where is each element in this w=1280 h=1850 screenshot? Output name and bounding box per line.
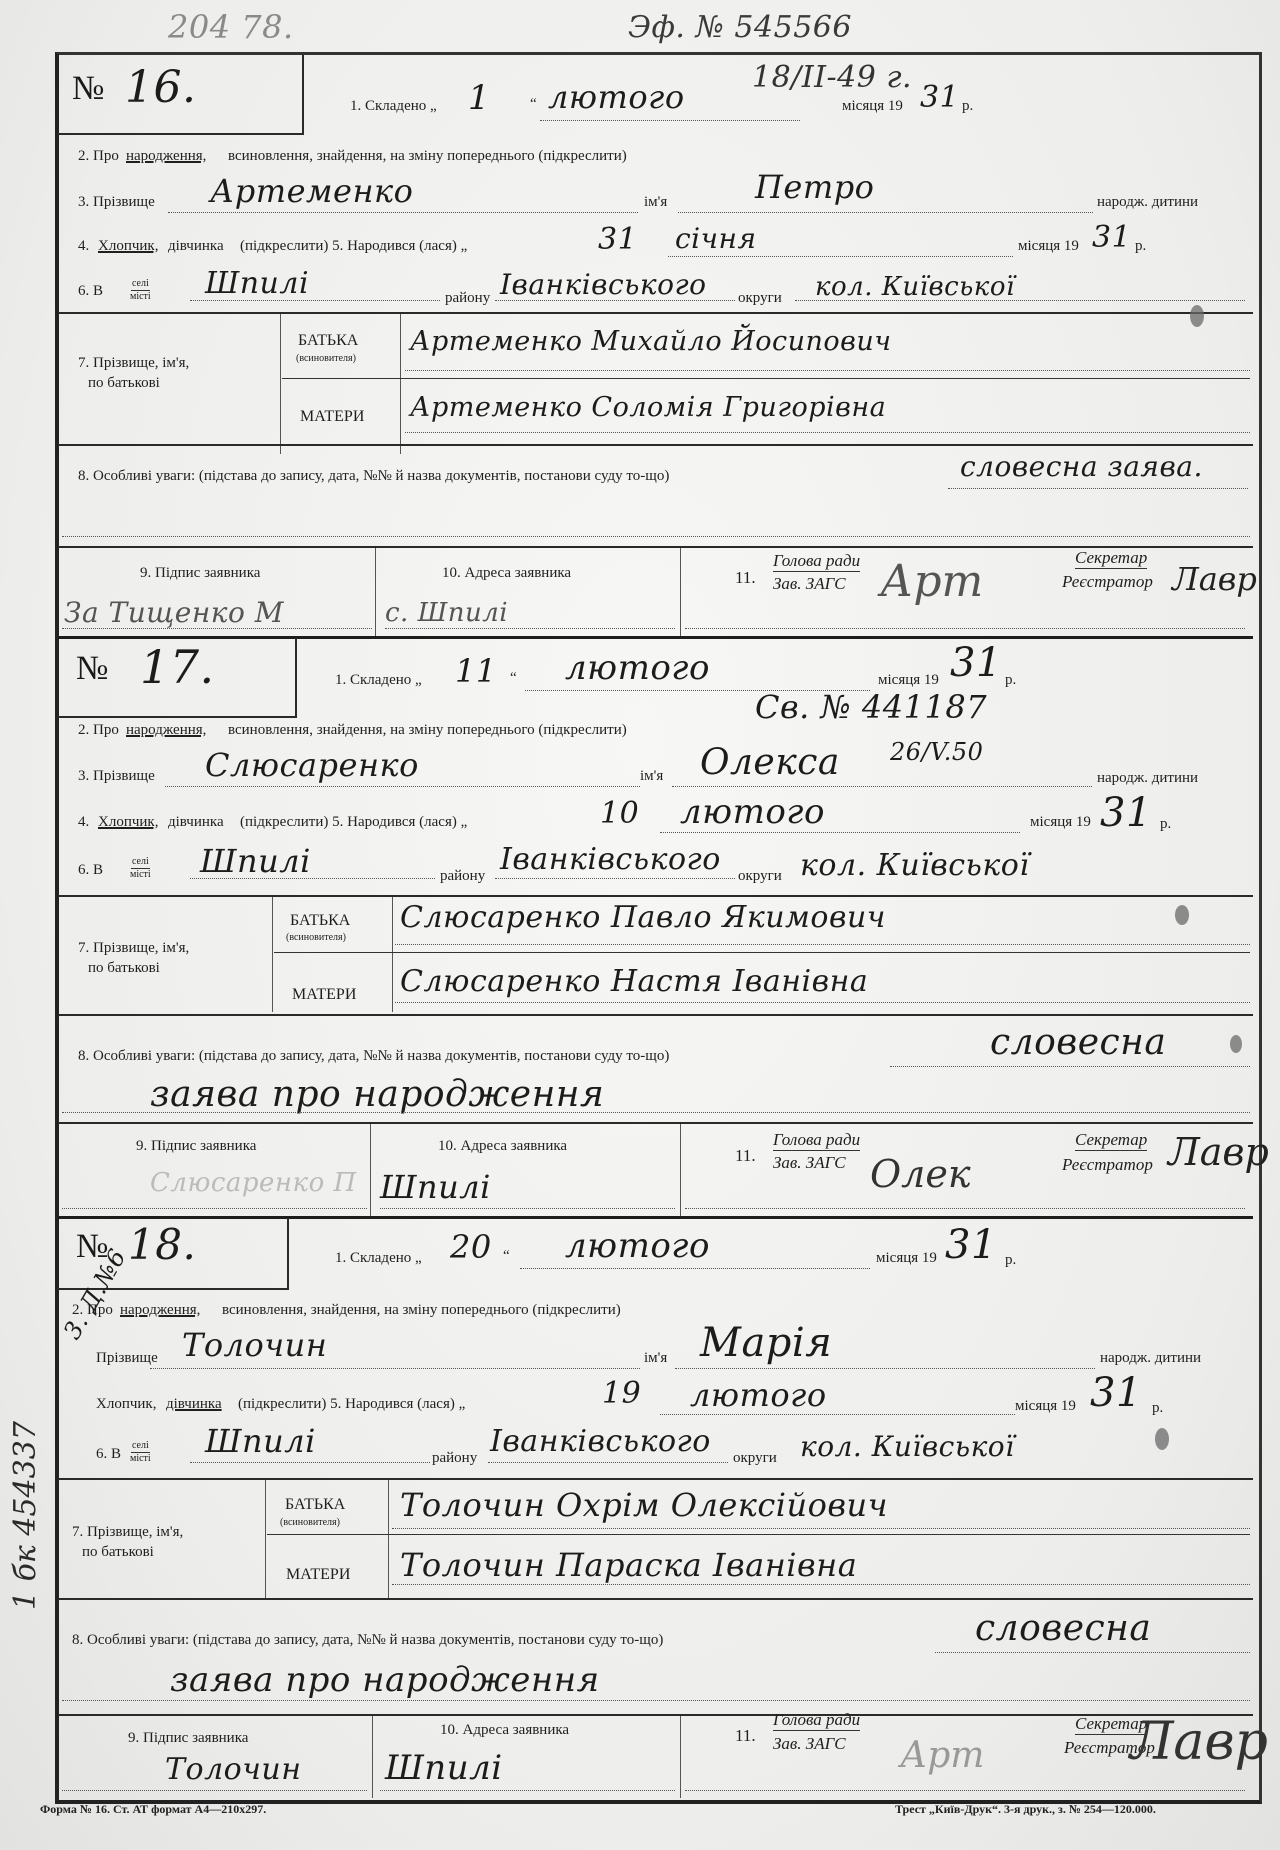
- year-suffix: р.: [1005, 1252, 1016, 1269]
- notes-line: [948, 488, 1248, 489]
- village-value: Шпилі: [200, 842, 311, 880]
- divider: [388, 1480, 389, 1600]
- registrar-signature: Лавр: [1172, 560, 1257, 598]
- compiled-month: лютого: [548, 78, 685, 116]
- applicant-address-label: 10. Адреса заявника: [438, 1138, 567, 1155]
- village-town-fraction: селі місті: [130, 1440, 151, 1465]
- father-line: [392, 1528, 1250, 1529]
- birth-option-underlined: народження,: [126, 722, 206, 739]
- divider: [58, 1714, 1253, 1716]
- parents-label: 7. Прізвище, ім'я,: [78, 355, 189, 372]
- gender-birth-label: (підкреслити) 5. Народився (лася) „: [240, 238, 467, 255]
- month-year-label: місяця 19: [876, 1250, 937, 1267]
- divider: [58, 895, 1253, 897]
- girl-option: дівчинка: [168, 238, 224, 255]
- father-label: БАТЬКА: [285, 1496, 345, 1514]
- surname-line: [168, 212, 638, 213]
- notes-value: словесна: [990, 1022, 1166, 1063]
- place-label: 6. В: [96, 1446, 121, 1463]
- village-value: Шпилі: [205, 266, 309, 301]
- divider: [375, 548, 376, 636]
- name-line: [672, 786, 1092, 787]
- divider: [392, 897, 393, 1012]
- divider: [274, 952, 1250, 953]
- head-zags-label: Зав. ЗАГС: [773, 1153, 846, 1173]
- side-date: 26/V.50: [890, 738, 983, 766]
- parents-label: 7. Прізвище, ім'я,: [78, 940, 189, 957]
- footer-form-code: Форма № 16. Ст. АТ формат А4—210х297.: [40, 1802, 266, 1817]
- notes-line: [935, 1652, 1250, 1653]
- name-line: [675, 1368, 1095, 1369]
- birth-month: лютого: [690, 1376, 827, 1414]
- compiled-year: 31: [945, 1222, 997, 1268]
- record-number: 17.: [140, 640, 215, 694]
- village-town-fraction: селі місті: [130, 856, 151, 881]
- village-line: [190, 1462, 430, 1463]
- officials-number: 11.: [735, 568, 756, 588]
- secretary-label: Секретар: [1075, 1130, 1147, 1151]
- town-option: місті: [130, 291, 151, 303]
- name-line: [678, 212, 1093, 213]
- parents-label: 7. Прізвище, ім'я,: [72, 1524, 183, 1541]
- boy-option-underlined: Хлопчик,: [98, 238, 158, 255]
- side-note: Св. № 441187: [755, 688, 987, 726]
- divider: [400, 314, 401, 454]
- district-label: району: [432, 1450, 477, 1467]
- district-line: [495, 300, 735, 301]
- divider: [58, 1478, 1253, 1480]
- child-suffix: народж. дитини: [1097, 194, 1198, 211]
- name-value: Олекса: [700, 742, 840, 783]
- head-council-label: Голова ради: [773, 551, 860, 572]
- father-value: Слюсаренко Павло Якимович: [400, 900, 886, 935]
- name-label: ім'я: [644, 194, 667, 211]
- compiled-day: 11: [455, 652, 497, 690]
- number-sign: №: [72, 70, 104, 108]
- divider: [280, 314, 281, 454]
- quote-mark: “: [503, 1248, 510, 1265]
- notes-line-2: [62, 536, 1250, 537]
- mother-label: МАТЕРИ: [286, 1566, 350, 1584]
- applicant-signature: Толочин: [165, 1752, 301, 1787]
- officials-line: [685, 628, 1245, 629]
- child-suffix: народж. дитини: [1097, 770, 1198, 787]
- village-town-fraction: селі місті: [130, 278, 151, 303]
- year-suffix: р.: [1152, 1400, 1163, 1417]
- name-label: ім'я: [640, 768, 663, 785]
- divider: [680, 1124, 681, 1219]
- notes-label: 8. Особливі уваги: (підстава до запису, …: [78, 468, 669, 485]
- birth-day: 10: [600, 796, 639, 831]
- month-year-label: місяця 19: [1015, 1398, 1076, 1415]
- about-options: всиновлення, знайдення, на зміну поперед…: [228, 722, 627, 739]
- divider: [58, 1014, 1253, 1016]
- surname-line: [165, 786, 640, 787]
- quote-mark: “: [510, 670, 517, 687]
- birth-option-underlined: народження,: [126, 148, 206, 165]
- item-4-number: 4.: [78, 238, 89, 255]
- compiled-label: 1. Складено „: [335, 672, 422, 689]
- notes-label: 8. Особливі уваги: (підстава до запису, …: [78, 1048, 669, 1065]
- signature-line: [62, 628, 372, 629]
- year-suffix: р.: [962, 98, 973, 115]
- father-value: Толочин Охрім Олексійович: [400, 1486, 888, 1524]
- address-line: [380, 1790, 675, 1791]
- district-line: [488, 1462, 728, 1463]
- town-option: місті: [130, 1453, 151, 1465]
- surname-value: Слюсаренко: [205, 746, 419, 784]
- notes-line-2: [62, 1700, 1250, 1701]
- birth-month: лютого: [680, 792, 825, 832]
- compiled-label: 1. Складено „: [350, 98, 437, 115]
- month-year-label: місяця 19: [878, 672, 939, 689]
- side-note: 18/II-49 г.: [752, 60, 912, 95]
- birth-month: січня: [675, 222, 757, 255]
- officials-number: 11.: [735, 1726, 756, 1746]
- name-label: ім'я: [644, 1350, 667, 1367]
- year-suffix: р.: [1005, 672, 1016, 689]
- divider: [265, 1480, 266, 1600]
- father-sublabel: (всиновителя): [296, 353, 356, 364]
- month-year-label: місяця 19: [1018, 238, 1079, 255]
- divider: [282, 378, 1250, 379]
- surname-label: 3. Прізвище: [78, 768, 155, 785]
- signature-line: [62, 1790, 367, 1791]
- town-option: місті: [130, 869, 151, 881]
- officials-number: 11.: [735, 1146, 756, 1166]
- divider: [370, 1124, 371, 1219]
- mother-line: [395, 1002, 1250, 1003]
- name-value: Марія: [700, 1320, 832, 1366]
- divider: [372, 1716, 373, 1798]
- registrar-signature: Лавр: [1168, 1130, 1269, 1174]
- registrar-label: Реєстратор: [1062, 1155, 1153, 1175]
- mother-line: [405, 432, 1250, 433]
- about-options: всиновлення, знайдення, на зміну поперед…: [222, 1302, 621, 1319]
- father-sublabel: (всиновителя): [280, 1517, 340, 1528]
- village-line: [190, 878, 435, 879]
- divider: [58, 1598, 1253, 1600]
- birth-month-line: [660, 832, 1020, 833]
- year-suffix: р.: [1135, 238, 1146, 255]
- surname-value: Артеменко: [210, 172, 413, 210]
- address-line: [380, 1208, 675, 1209]
- number-sign: №: [76, 650, 108, 688]
- signature-line: [62, 1208, 367, 1209]
- birth-month-line: [660, 1414, 1015, 1415]
- birth-year: 31: [1090, 1370, 1142, 1416]
- officials-line: [685, 1790, 1245, 1791]
- address-line: [385, 628, 675, 629]
- head-zags-label: Зав. ЗАГС: [773, 1734, 846, 1754]
- head-signature: Арт: [900, 1735, 984, 1776]
- district-value: Іванківського: [500, 842, 721, 877]
- divider: [267, 1534, 1250, 1535]
- applicant-signature-label: 9. Підпис заявника: [128, 1730, 248, 1747]
- parents-label-2: по батькові: [88, 375, 160, 392]
- about-options: всиновлення, знайдення, на зміну поперед…: [228, 148, 627, 165]
- applicant-signature-label: 9. Підпис заявника: [136, 1138, 256, 1155]
- registrar-label: Реєстратор: [1062, 572, 1153, 592]
- mother-label: МАТЕРИ: [300, 408, 364, 426]
- district-value: Іванківського: [500, 268, 706, 301]
- mother-line: [392, 1584, 1250, 1585]
- surname-label: Прізвище: [96, 1350, 158, 1367]
- month-line: [520, 1268, 870, 1269]
- head-council-label: Голова ради: [773, 1710, 860, 1731]
- father-sublabel: (всиновителя): [286, 932, 346, 943]
- footer-printer: Трест „Київ-Друк“. 3-я друк., з. № 254—1…: [895, 1802, 1156, 1817]
- record-number: 18.: [128, 1220, 196, 1269]
- birth-year: 31: [1092, 220, 1131, 255]
- father-value: Артеменко Михайло Йосипович: [410, 326, 892, 357]
- month-year-label: місяця 19: [1030, 814, 1091, 831]
- girl-option-underlined: дівчинка: [166, 1396, 222, 1413]
- item-4-number: 4.: [78, 814, 89, 831]
- applicant-address-label: 10. Адреса заявника: [442, 565, 571, 582]
- notes-value-2: заява про народження: [170, 1660, 600, 1700]
- month-year-label: місяця 19: [842, 98, 903, 115]
- compiled-year: 31: [950, 640, 1002, 686]
- child-suffix: народж. дитини: [1100, 1350, 1201, 1367]
- birth-year: 31: [1100, 790, 1152, 836]
- okrug-line: [795, 300, 1245, 301]
- applicant-signature-label: 9. Підпис заявника: [140, 565, 260, 582]
- head-zags-label: Зав. ЗАГС: [773, 574, 846, 594]
- ink-stain: [1155, 1428, 1169, 1450]
- gender-birth-label: (підкреслити) 5. Народився (лася) „: [240, 814, 467, 831]
- girl-option: дівчинка: [168, 814, 224, 831]
- boy-option-underlined: Хлопчик,: [98, 814, 158, 831]
- secretary-label: Секретар: [1075, 548, 1147, 569]
- place-label: 6. В: [78, 283, 103, 300]
- okrug-value: кол. Київської: [815, 272, 1015, 302]
- divider: [272, 897, 273, 1012]
- okrug-label: округи: [733, 1450, 777, 1467]
- notes-label: 8. Особливі уваги: (підстава до запису, …: [72, 1632, 663, 1649]
- district-label: району: [440, 868, 485, 885]
- notes-value-2: заява про народження: [150, 1074, 604, 1115]
- notes-value: словесна: [975, 1608, 1151, 1649]
- compiled-year: 31: [920, 80, 959, 115]
- okrug-value: кол. Київської: [800, 848, 1029, 883]
- applicant-address: Шпилі: [385, 1748, 503, 1788]
- district-label: району: [445, 290, 490, 307]
- applicant-address-label: 10. Адреса заявника: [440, 1722, 569, 1739]
- applicant-address: с. Шпилі: [385, 598, 508, 628]
- birth-option-underlined: народження,: [120, 1302, 200, 1319]
- officials-line: [685, 1208, 1245, 1209]
- village-option: селі: [131, 856, 150, 869]
- divider: [58, 312, 1253, 314]
- mother-label: МАТЕРИ: [292, 986, 356, 1004]
- surname-value: Толочин: [182, 1326, 327, 1364]
- ink-stain: [1175, 905, 1189, 925]
- divider: [58, 1122, 1253, 1124]
- registrar-signature: Лавр: [1130, 1712, 1268, 1772]
- notes-line-2: [62, 1112, 1250, 1113]
- father-line: [405, 370, 1250, 371]
- divider: [58, 546, 1253, 548]
- head-signature: Арт: [880, 556, 983, 607]
- divider: [58, 444, 1253, 446]
- boy-option: Хлопчик,: [96, 1396, 156, 1413]
- surname-label: 3. Прізвище: [78, 194, 155, 211]
- name-value: Петро: [755, 168, 874, 206]
- notes-value: словесна заява.: [960, 450, 1203, 483]
- birth-day: 31: [598, 222, 637, 257]
- surname-line: [150, 1368, 640, 1369]
- compiled-label: 1. Складено „: [335, 1250, 422, 1267]
- birth-month-line: [668, 256, 1013, 257]
- about-label: 2. Про: [78, 722, 119, 739]
- compiled-month: лютого: [565, 648, 710, 688]
- compiled-day: 1: [468, 78, 490, 118]
- parents-label-2: по батькові: [82, 1544, 154, 1561]
- applicant-address: Шпилі: [380, 1168, 491, 1206]
- district-line: [495, 878, 735, 879]
- place-label: 6. В: [78, 862, 103, 879]
- father-label: БАТЬКА: [290, 912, 350, 930]
- okrug-value: кол. Київської: [800, 1430, 1015, 1463]
- birth-day: 19: [602, 1376, 641, 1411]
- mother-value: Слюсаренко Настя Іванівна: [400, 964, 868, 999]
- head-signature: Олек: [870, 1152, 971, 1196]
- district-value: Іванківського: [490, 1424, 711, 1459]
- ink-stain: [1230, 1035, 1242, 1053]
- notes-line: [890, 1066, 1250, 1067]
- village-value: Шпилі: [205, 1422, 316, 1460]
- head-council-label: Голова ради: [773, 1130, 860, 1151]
- divider: [680, 1716, 681, 1798]
- reference-annotation: Эф. № 545566: [628, 10, 852, 45]
- village-option: селі: [131, 1440, 150, 1453]
- record-number: 16.: [125, 62, 196, 113]
- applicant-signature: Слюсаренко П: [150, 1168, 357, 1198]
- pencil-annotation: 204 78.: [168, 8, 294, 46]
- divider: [680, 548, 681, 636]
- margin-vertical-annotation: 1 бк 454337: [8, 1421, 43, 1610]
- month-line: [540, 120, 800, 121]
- mother-value: Толочин Параска Іванівна: [400, 1546, 857, 1584]
- compiled-month: лютого: [565, 1226, 710, 1266]
- about-label: 2. Про: [78, 148, 119, 165]
- village-line: [190, 300, 440, 301]
- okrug-label: округи: [738, 868, 782, 885]
- village-option: селі: [131, 278, 150, 291]
- year-suffix: р.: [1160, 816, 1171, 833]
- quote-mark: “: [530, 96, 537, 113]
- mother-value: Артеменко Соломія Григорівна: [410, 392, 886, 423]
- ink-stain: [1190, 305, 1204, 327]
- father-label: БАТЬКА: [298, 332, 358, 350]
- gender-birth-label: (підкреслити) 5. Народився (лася) „: [238, 1396, 465, 1413]
- parents-label-2: по батькові: [88, 960, 160, 977]
- okrug-label: округи: [738, 290, 782, 307]
- father-line: [395, 944, 1250, 945]
- compiled-day: 20: [450, 1228, 492, 1266]
- applicant-signature: За Тищенко М: [64, 596, 284, 629]
